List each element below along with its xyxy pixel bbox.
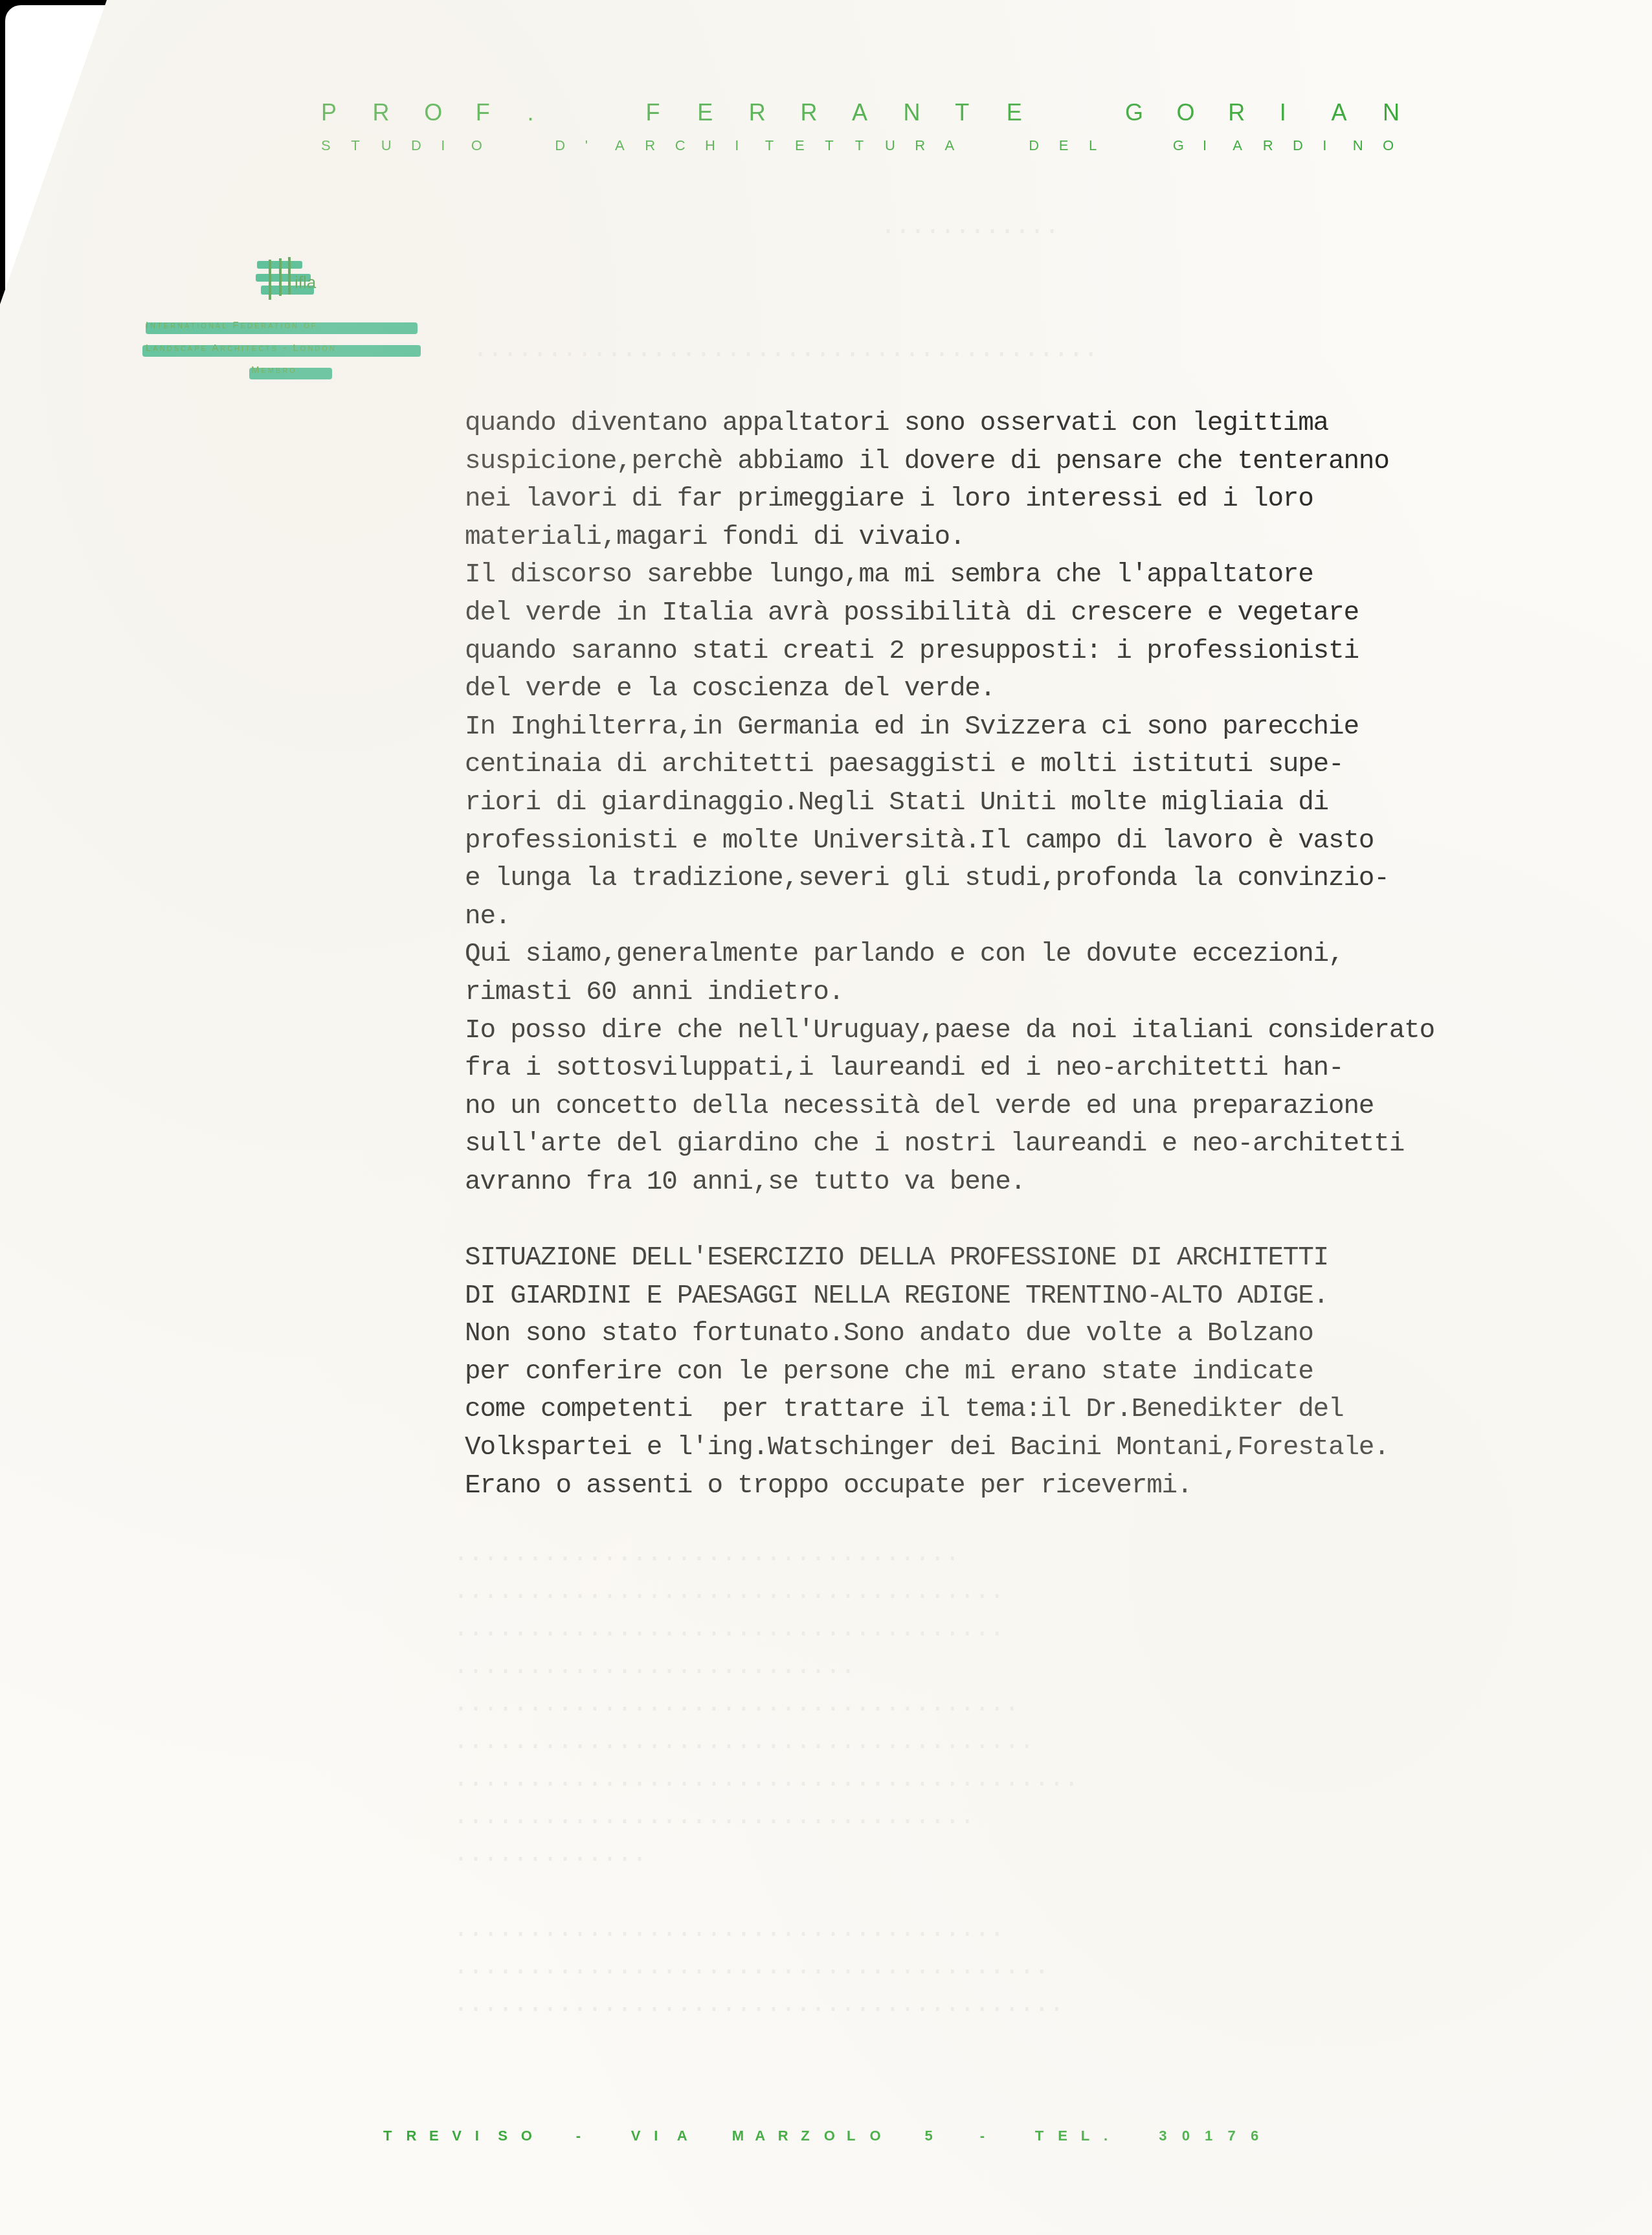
text-line: Erano o assenti o troppo occupate per ri… — [465, 1467, 1565, 1505]
ifla-line-3: Membro — [251, 365, 297, 376]
text-line: rimasti 60 anni indietro. — [465, 974, 1565, 1012]
text-line: Volkspartei e l'ing.Watschinger dei Baci… — [465, 1429, 1565, 1467]
text-line: Qui siamo,generalmente parlando e con le… — [465, 936, 1565, 974]
text-line: no un concetto della necessità del verde… — [465, 1088, 1565, 1126]
text-line: fra i sottosviluppati,i laureandi ed i n… — [465, 1050, 1565, 1088]
text-line: Non sono stato fortunato.Sono andato due… — [465, 1315, 1565, 1353]
text-line: Il discorso sarebbe lungo,ma mi sembra c… — [465, 556, 1565, 594]
letterhead-footer-address: TREVISO-VIAMARZOLO5-TEL.30176 — [383, 2128, 1251, 2160]
text-line: sull'arte del giardino che i nostri laur… — [465, 1125, 1565, 1163]
text-line: suspicione,perchè abbiamo il dovere di p… — [465, 443, 1565, 481]
show-through-text: ············ — [583, 214, 1059, 251]
text-line: Io posso dire che nell'Uruguay,paese da … — [465, 1012, 1565, 1050]
ifla-line-1: International Federation of — [146, 320, 317, 331]
show-through-text: ········································… — [473, 337, 1098, 374]
letterhead-subtitle: STUDIOD'ARCHITETTURADELGIARDINO — [321, 137, 1383, 170]
letterhead-name: PROF.FERRANTEGORIAN — [321, 99, 1383, 131]
text-line: e lunga la tradizione,severi gli studi,p… — [465, 860, 1565, 898]
ifla-logo-icon: ifla — [256, 257, 317, 301]
text-line: SITUAZIONE DELL'ESERCIZIO DELLA PROFESSI… — [465, 1239, 1565, 1277]
text-line: centinaia di architetti paesaggisti e mo… — [465, 746, 1565, 784]
text-line: quando diventano appaltatori sono osserv… — [465, 405, 1565, 443]
text-line: per conferire con le persone che mi eran… — [465, 1353, 1565, 1391]
text-line: quando saranno stati creati 2 presuppost… — [465, 633, 1565, 671]
text-line: del verde in Italia avrà possibilità di … — [465, 594, 1565, 633]
text-line: ne. — [465, 898, 1565, 936]
letter-page: ············ ···························… — [0, 0, 1652, 2235]
text-line: materiali,magari fondi di vivaio. — [465, 519, 1565, 557]
blank-line — [465, 1201, 1565, 1239]
text-line: del verde e la coscienza del verde. — [465, 670, 1565, 708]
letter-body: quando diventano appaltatori sono osserv… — [465, 405, 1565, 1505]
text-line: come competenti per trattare il tema:il … — [465, 1391, 1565, 1429]
text-line: riori di giardinaggio.Negli Stati Uniti … — [465, 784, 1565, 822]
text-line: nei lavori di far primeggiare i loro int… — [465, 480, 1565, 519]
text-line: In Inghilterra,in Germania ed in Svizzer… — [465, 708, 1565, 747]
svg-text:ifla: ifla — [295, 273, 317, 292]
ifla-line-2: Landscape Architects - London — [146, 343, 337, 354]
text-line: DI GIARDINI E PAESAGGI NELLA REGIONE TRE… — [465, 1277, 1565, 1316]
text-line: professionisti e molte Università.Il cam… — [465, 822, 1565, 860]
show-through-text: ·································· ·····… — [453, 1541, 1078, 2029]
text-line: avranno fra 10 anni,se tutto va bene. — [465, 1163, 1565, 1202]
ifla-member-badge: ifla International Federation of Landsca… — [142, 256, 447, 385]
